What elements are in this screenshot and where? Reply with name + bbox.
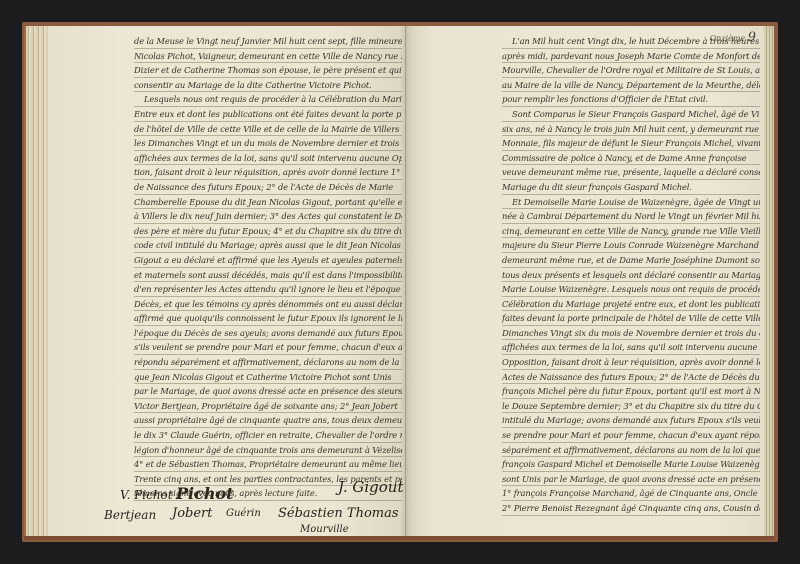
signature-bertjean: Bertjean (104, 508, 156, 522)
text-line: L'an Mil huit cent Vingt dix, le huit Dé… (502, 34, 760, 49)
text-line: Dizier et de Catherine Thomas son épouse… (134, 63, 402, 78)
text-line: le Douze Septembre dernier; 3° et du Cha… (502, 399, 760, 414)
text-line: d'en représenter les Actes attendu qu'il… (134, 282, 402, 297)
text-line: Gigout a eu déclaré et affirmé que les A… (134, 253, 402, 268)
right-page: Onzième 9 L'an Mil huit cent Vingt dix, … (406, 26, 764, 536)
text-line: 2° Pierre Benoist Rezegnant âgé Cinquant… (502, 501, 760, 516)
text-line: demeurant même rue, et de Dame Marie Jos… (502, 253, 760, 268)
text-line: le dix 3° Claude Guérin, officier en ret… (134, 428, 402, 443)
text-line: séparément et affirmativement, déclarons… (502, 443, 760, 458)
text-line: Dimanches Vingt six du mois de Novembre … (502, 326, 760, 341)
text-line: Mariage du dit sieur françois Gaspard Mi… (502, 180, 760, 195)
signature-jobert: Jobert (172, 506, 213, 521)
text-line: consentir au Mariage de la dite Catherin… (134, 78, 402, 93)
text-line: 1° françois Françoise Marchand, âgé de C… (502, 486, 760, 501)
text-line: Victor Bertjean, Propriétaire âgé de soi… (134, 399, 402, 414)
text-line: pour remplir les fonctions d'Officier de… (502, 92, 760, 107)
text-line: majeure du Sieur Pierre Louis Conrade Wa… (502, 238, 760, 253)
text-line: Célébration du Mariage projeté entre eux… (502, 297, 760, 312)
text-line: de la Meuse le Vingt neuf Janvier Mil hu… (134, 34, 402, 49)
text-line: Lesquels nous ont requis de procéder à l… (134, 92, 402, 107)
text-line: Marie Louise Waizenègre. Lesquels nous o… (502, 282, 760, 297)
text-line: après midi, pardevant nous Joseph Marie … (502, 49, 760, 64)
text-line: Chamberelle Epouse du dit Jean Nicolas G… (134, 195, 402, 210)
text-line: Nicolas Pichot, Vaigneur, demeurant en c… (134, 49, 402, 64)
bottom-binding-edge (24, 536, 774, 540)
text-line: françois Michel père du futur Epoux, por… (502, 384, 760, 399)
text-line: Actes de Naissance des futurs Epoux; 2° … (502, 370, 760, 385)
text-line: veuve demeurant même rue, présente, laqu… (502, 165, 760, 180)
text-line: de Naissance des futurs Epoux; 2° de l'A… (134, 180, 402, 195)
text-line: née à Cambrai Département du Nord le Vin… (502, 209, 760, 224)
text-line: et maternels sont aussi décédés, mais qu… (134, 268, 402, 283)
text-line: affirmé que quoiqu'ils connoissent le fu… (134, 311, 402, 326)
text-line: affichées aux termes de la loi, sans qu'… (502, 340, 760, 355)
text-line: au Maire de la ville de Nancy, Départeme… (502, 78, 760, 93)
text-line: tous deux présents et lesquels ont décla… (502, 268, 760, 283)
signature-sebastien-thomas: Sébastien Thomas (278, 506, 399, 521)
text-line: que Jean Nicolas Gigout et Catherine Vic… (134, 370, 402, 385)
text-line: faites devant la porte principale de l'h… (502, 311, 760, 326)
text-line: légion d'honneur âgé de cinquante trois … (134, 443, 402, 458)
text-line: Monnaie, fils majeur de défunt le Sieur … (502, 136, 760, 151)
text-line: 4° et de Sébastien Thomas, Propriétaire … (134, 457, 402, 472)
text-line: à Villers le dix neuf Juin dernier; 3° d… (134, 209, 402, 224)
text-line: des père et mère du futur Epoux; 4° et d… (134, 224, 402, 239)
signature-mourville: Mourville (300, 524, 349, 535)
text-line: Et Demoiselle Marie Louise de Waizenègre… (502, 195, 760, 210)
left-page-text: de la Meuse le Vingt neuf Janvier Mil hu… (134, 34, 402, 501)
text-line: Opposition, faisant droit à leur réquisi… (502, 355, 760, 370)
page-edges-right (764, 26, 777, 538)
text-line: s'ils veulent se prendre pour Mari et po… (134, 340, 402, 355)
text-line: l'époque du Décès de ses ayeuls; avons d… (134, 326, 402, 341)
text-line: de l'hôtel de Ville de cette Ville et de… (134, 122, 402, 137)
text-line: aussi propriétaire âgé de cinquante quat… (134, 413, 402, 428)
text-line: les Dimanches Vingt et un du mois de Nov… (134, 136, 402, 151)
left-page: de la Meuse le Vingt neuf Janvier Mil hu… (48, 26, 406, 536)
text-line: par le Mariage, de quoi avons dressé act… (134, 384, 402, 399)
text-line: affichées aux termes de la loi, sans qu'… (134, 151, 402, 166)
text-line: Sont Comparus le Sieur François Gaspard … (502, 107, 760, 122)
signature-v-pichot: V. Pichot (120, 488, 173, 502)
text-line: intitulé du Mariage; avons demandé aux f… (502, 413, 760, 428)
signature-guerin: Guérin (226, 508, 261, 519)
signature-pichot: Pichot (176, 484, 234, 503)
text-line: répondu séparément et affirmativement, d… (134, 355, 402, 370)
text-line: françois Gaspard Michel et Demoiselle Ma… (502, 457, 760, 472)
text-line: se prendre pour Mari et pour femme, chac… (502, 428, 760, 443)
text-line: sont Unis par le Mariage, de quoi avons … (502, 472, 760, 487)
text-line: Entre eux et dont les publications ont é… (134, 107, 402, 122)
text-line: Décès, et que les témoins cy après dénom… (134, 297, 402, 312)
text-line: cinq, demeurant en cette Ville de Nancy,… (502, 224, 760, 239)
signature-gigout: J. Gigout (338, 478, 404, 496)
text-line: tion, faisant droit à leur réquisition, … (134, 165, 402, 180)
text-line: code civil intitulé du Mariage; après au… (134, 238, 402, 253)
text-line: six ans, né à Nancy le trois juin Mil hu… (502, 122, 760, 137)
right-page-text: L'an Mil huit cent Vingt dix, le huit Dé… (502, 34, 760, 516)
text-line: Commissaire de police à Nancy, et de Dam… (502, 151, 760, 166)
text-line: Mourville, Chevalier de l'Ordre royal et… (502, 63, 760, 78)
